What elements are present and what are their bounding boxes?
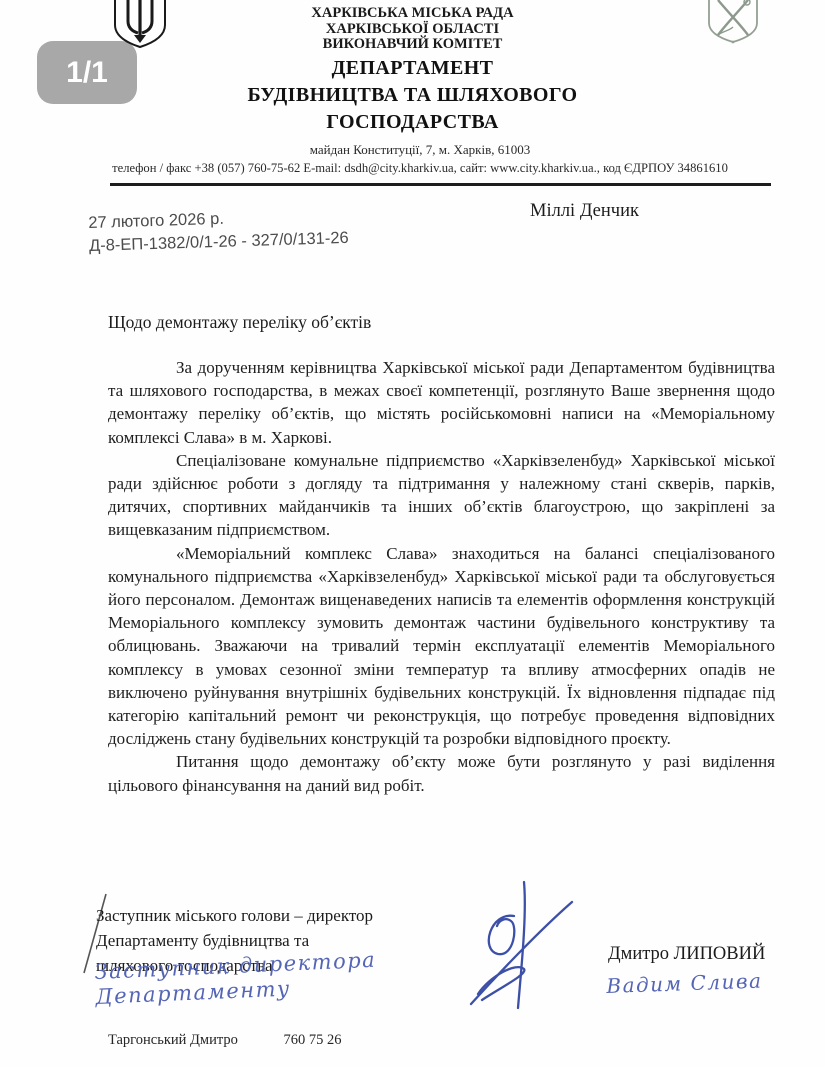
- executor-phone: 760 75 26: [283, 1032, 341, 1048]
- signer-title-line: Департаменту будівництва та: [96, 928, 456, 953]
- page-indicator-label: 1/1: [66, 56, 108, 90]
- handwritten-name: Вадим Слива: [606, 969, 763, 998]
- kharkiv-emblem-icon: [703, 0, 763, 47]
- signer-name: Дмитро ЛИПОВИЙ: [608, 944, 765, 965]
- postal-address: майдан Конституції, 7, м. Харків, 61003: [80, 141, 760, 159]
- body-paragraph: Питання щодо демонтажу об’єкту може бути…: [108, 750, 775, 796]
- trident-emblem-icon: [112, 0, 168, 49]
- contact-info-line: телефон / факс +38 (057) 760-75-62 E-mai…: [80, 159, 760, 178]
- page-indicator-badge: 1/1: [37, 41, 137, 104]
- executor-line: Таргонський Дмитро 760 75 26: [108, 1032, 341, 1049]
- subject-line: Щодо демонтажу переліку об’єктів: [108, 312, 371, 333]
- executor-name: Таргонський Дмитро: [108, 1032, 238, 1048]
- body-paragraph: «Меморіальний комплекс Слава» знаходитьс…: [108, 542, 775, 751]
- council-name-line: ХАРКІВСЬКА МІСЬКА РАДА: [180, 6, 645, 22]
- pen-signature: [468, 876, 580, 1014]
- scanned-letter-page: 1/1 ХАРКІВСЬКА МІСЬКА РАДА ХАРКІВСЬКОЇ О…: [0, 0, 825, 1067]
- letterhead: ХАРКІВСЬКА МІСЬКА РАДА ХАРКІВСЬКОЇ ОБЛАС…: [180, 6, 645, 134]
- letterhead-divider: [110, 183, 771, 186]
- council-name-line: ВИКОНАВЧИЙ КОМІТЕТ: [180, 37, 645, 53]
- recipient-name: Міллі Денчик: [530, 201, 639, 222]
- letterhead-contacts-block: майдан Конституції, 7, м. Харків, 61003 …: [80, 141, 760, 178]
- body-paragraph: Спеціалізоване комунальне підприємство «…: [108, 449, 775, 542]
- body-paragraph: За дорученням керівництва Харківської мі…: [108, 356, 775, 449]
- letter-body: За дорученням керівництва Харківської мі…: [108, 356, 775, 797]
- department-name-line: БУДІВНИЦТВА ТА ШЛЯХОВОГО: [180, 83, 645, 107]
- council-name-line: ХАРКІВСЬКОЇ ОБЛАСТІ: [180, 22, 645, 38]
- department-name-line: ДЕПАРТАМЕНТ: [180, 56, 645, 80]
- signer-title-line: Заступник міського голови – директор: [96, 903, 456, 928]
- date-reference-block: 27 лютого 2026 р. Д-8-ЕП-1382/0/1-26 - 3…: [88, 204, 349, 258]
- department-name-line: ГОСПОДАРСТВА: [180, 110, 645, 134]
